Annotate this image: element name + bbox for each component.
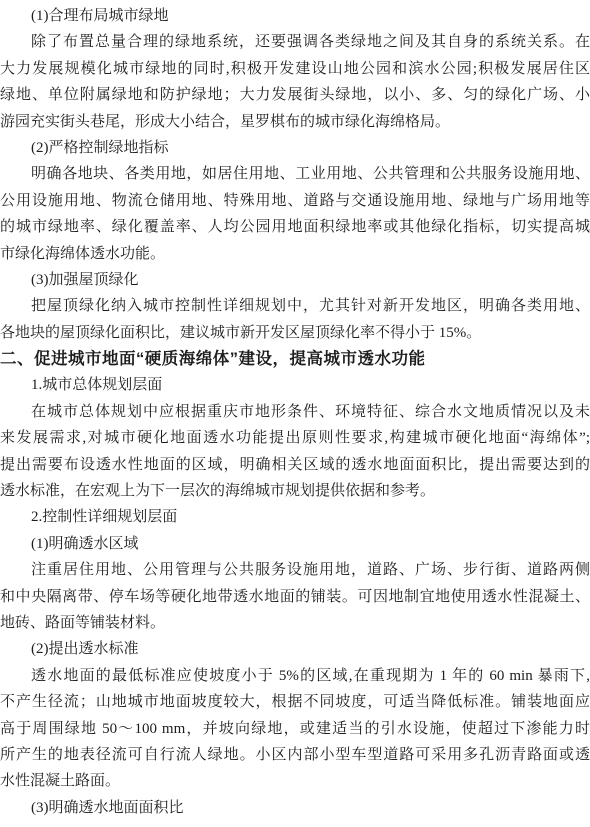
text-line: 来发展需求,对城市硬化地面透水功能提出原则性要求,构建城市硬化地面“海绵体”; xyxy=(0,425,590,451)
text-line: 不产生径流；山地城市地面坡度较大，根据不同坡度，可适当降低标准。铺装地面应 xyxy=(0,689,590,715)
text-line: (3)加强屋顶绿化 xyxy=(0,267,590,293)
text-line: 透水地面的最低标准应使坡度小于 5%的区域,在重现期为 1 年的 60 min … xyxy=(0,663,590,689)
paragraph: 透水地面的最低标准应使坡度小于 5%的区域,在重现期为 1 年的 60 min … xyxy=(0,663,590,795)
paragraph: 注重居住用地、公用管理与公共服务设施用地，道路、广场、步行街、道路两侧和中央隔离… xyxy=(0,557,590,636)
text-line: 各地块的屋顶绿化面积比，建议城市新开发区屋顶绿化率不得小于 15%。 xyxy=(0,320,590,346)
text-line: (1)明确透水区域 xyxy=(0,531,590,557)
text-line: 绿地、单位附属绿地和防护绿地；大力发展街头绿地，以小、多、匀的绿化广场、小 xyxy=(0,82,590,108)
text-line: 地砖、路面等铺装材料。 xyxy=(0,610,590,636)
text-line: 高于周围绿地 50～100 mm，并坡向绿地，或建适当的引水设施，使超过下渗能力… xyxy=(0,716,590,742)
paragraph: 明确各地块、各类用地，如居住用地、工业用地、公共管理和公共服务设施用地、公用设施… xyxy=(0,161,590,267)
paragraph: 把屋顶绿化纳入城市控制性详细规划中，尤其针对新开发地区，明确各类用地、各地块的屋… xyxy=(0,293,590,346)
paragraph: 1.城市总体规划层面 xyxy=(0,372,590,398)
text-line: (2)提出透水标准 xyxy=(0,636,590,662)
text-line: 游园充实街头巷尾，形成大小结合，星罗棋布的城市绿化海绵格局。 xyxy=(0,109,590,135)
paragraph: 2.控制性详细规划层面 xyxy=(0,504,590,530)
text-line: 在城市总体规划中应根据重庆市地形条件、环境特征、综合水文地质情况以及未 xyxy=(0,399,590,425)
text-line: (3)明确透水地面面积比 xyxy=(0,795,590,821)
text-line: 2.控制性详细规划层面 xyxy=(0,504,590,530)
paragraph: (2)提出透水标准 xyxy=(0,636,590,662)
text-line: 所产生的地表径流可自行流人绿地。小区内部小型车型道路可采用多孔沥青路面或透 xyxy=(0,742,590,768)
text-line: 除了布置总量合理的绿地系统，还要强调各类绿地之间及其自身的系统关系。在 xyxy=(0,29,590,55)
paragraph: (2)严格控制绿地指标 xyxy=(0,135,590,161)
text-line: (1)合理布局城市绿地 xyxy=(0,3,590,29)
text-line: 和中央隔离带、停车场等硬化地带透水地面的铺装。可因地制宜地使用透水性混凝土、 xyxy=(0,584,590,610)
text-line: 注重居住用地、公用管理与公共服务设施用地，道路、广场、步行街、道路两侧 xyxy=(0,557,590,583)
text-line: 市绿化海绵体透水功能。 xyxy=(0,241,590,267)
text-line: 公用设施用地、物流仓储用地、特殊用地、道路与交通设施用地、绿地与广场用地等 xyxy=(0,188,590,214)
paragraph: (1)合理布局城市绿地 xyxy=(0,3,590,29)
text-line: 二、促进城市地面“硬质海绵体”建设，提高城市透水功能 xyxy=(0,346,590,372)
section-heading: 二、促进城市地面“硬质海绵体”建设，提高城市透水功能 xyxy=(0,346,590,372)
document-page: (1)合理布局城市绿地除了布置总量合理的绿地系统，还要强调各类绿地之间及其自身的… xyxy=(0,0,590,827)
text-line: 的城市绿地率、绿化覆盖率、人均公园用地面积绿地率或其他绿化指标，切实提高城 xyxy=(0,214,590,240)
text-line: 1.城市总体规划层面 xyxy=(0,372,590,398)
paragraph: (3)加强屋顶绿化 xyxy=(0,267,590,293)
text-line: 大力发展规模化城市绿地的同时,积极开发建设山地公园和滨水公园;积极发展居住区 xyxy=(0,56,590,82)
paragraph: (3)明确透水地面面积比 xyxy=(0,795,590,821)
paragraph: (1)明确透水区域 xyxy=(0,531,590,557)
text-line: 提出需要布设透水性地面的区域，明确相关区域的透水地面面积比，提出需要达到的 xyxy=(0,452,590,478)
text-line: 明确各地块、各类用地，如居住用地、工业用地、公共管理和公共服务设施用地、 xyxy=(0,161,590,187)
text-line: 把屋顶绿化纳入城市控制性详细规划中，尤其针对新开发地区，明确各类用地、 xyxy=(0,293,590,319)
paragraph: 除了布置总量合理的绿地系统，还要强调各类绿地之间及其自身的系统关系。在大力发展规… xyxy=(0,29,590,135)
text-line: 透水标准，在宏观上为下一层次的海绵城市规划提供依据和参考。 xyxy=(0,478,590,504)
paragraph: 在城市总体规划中应根据重庆市地形条件、环境特征、综合水文地质情况以及未来发展需求… xyxy=(0,399,590,505)
text-line: 水性混凝土路面。 xyxy=(0,768,590,794)
text-line: (2)严格控制绿地指标 xyxy=(0,135,590,161)
